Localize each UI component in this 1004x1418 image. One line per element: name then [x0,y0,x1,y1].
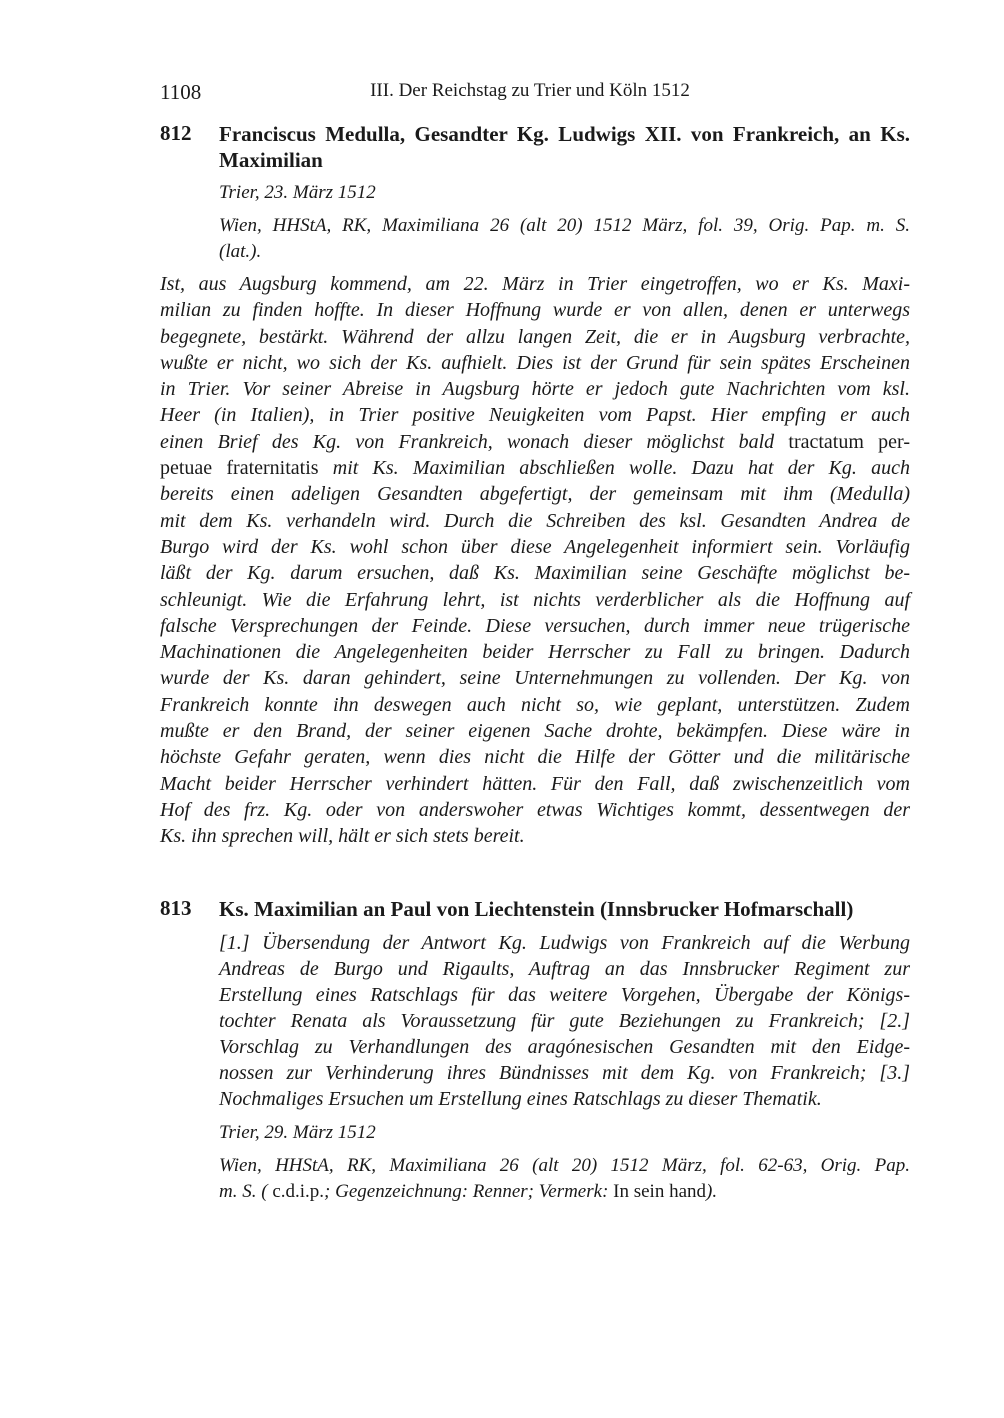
date-line: Trier, 29. März 1512 [219,1120,910,1146]
source-line: Wien, HHStA, RK, Maximiliana 26 (alt 20)… [219,1153,910,1179]
body-line: wußte er nicht, wo sich der Ks. aufhielt… [160,350,910,376]
body-line: falsche Versprechungen der Feinde. Diese… [160,613,910,639]
latin-quote: tractatum per- [788,431,910,453]
entry-title: Ks. Maximilian an Paul von Liechtenstein… [219,896,910,922]
entry-number: 813 [160,896,192,921]
source-line: (lat.). [219,239,910,265]
date-line: Trier, 23. März 1512 [219,180,910,206]
body-line: Burgo wird der Ks. wohl schon über diese… [160,534,910,560]
note-quote: In sein hand [613,1181,706,1202]
italic-text: mit Ks. Maximilian abschließen wolle. Da… [319,457,910,479]
title-line: Maximilian [219,147,910,173]
body-line: petuae fraternitatis mit Ks. Maximilian … [160,455,910,481]
body-line: höchste Gefahr geraten, wenn dies nicht … [160,744,910,770]
body-line: Machinationen die Angelegenheiten beider… [160,639,910,665]
entry-source: Wien, HHStA, RK, Maximiliana 26 (alt 20)… [219,213,910,265]
summary-line: nossen zur Verhinderung ihres Bündnisses… [219,1060,910,1086]
body-line: läßt der Kg. darum ersuchen, daß Ks. Max… [160,560,910,586]
source-line: m. S. ( c.d.i.p.; Gegenzeichnung: Renner… [219,1179,910,1205]
body-line: schleunigt. Wie die Erfahrung lehrt, ist… [160,587,910,613]
italic-text: ). [706,1181,717,1202]
body-line: Ist, aus Augsburg kommend, am 22. März i… [160,271,910,297]
summary-line: Andreas de Burgo und Rigaults, Auftrag a… [219,956,910,982]
body-line: Hof des frz. Kg. oder von anderswoher et… [160,797,910,823]
entry-summary: [1.] Übersendung der Antwort Kg. Ludwigs… [219,930,910,1112]
body-line: Ks. ihn sprechen will, hält er sich stet… [160,823,910,849]
latin-quote: petuae fraternitatis [160,457,319,479]
entry-date: Trier, 23. März 1512 [219,180,910,206]
summary-line: Nochmaliges Ersuchen um Erstellung eines… [219,1086,910,1112]
body-line: bereits einen adeligen Gesandten abgefer… [160,481,910,507]
title-line: Franciscus Medulla, Gesandter Kg. Ludwig… [219,121,910,147]
summary-line: Erstellung eines Ratschlags für das weit… [219,982,910,1008]
body-line: mit dem Ks. verhandeln wird. Durch die S… [160,508,910,534]
summary-line: tochter Renata als Voraussetzung für gut… [219,1008,910,1034]
entry-source: Wien, HHStA, RK, Maximiliana 26 (alt 20)… [219,1153,910,1205]
body-line: mußte er den Brand, der seiner eigenen S… [160,718,910,744]
body-line: einen Brief des Kg. von Frankreich, wona… [160,429,910,455]
body-line: Frankreich konnte ihn deswegen auch nich… [160,692,910,718]
italic-text: einen Brief des Kg. von Frankreich, wona… [160,431,788,453]
entry-title: Franciscus Medulla, Gesandter Kg. Ludwig… [219,121,910,173]
body-line: begegnete, bestärkt. Während der allzu l… [160,324,910,350]
body-line: wurde der Ks. daran gehindert, seine Unt… [160,665,910,691]
body-line: in Trier. Vor seiner Abreise in Augsburg… [160,376,910,402]
body-line: milian zu finden hoffte. In dieser Hoffn… [160,297,910,323]
summary-line: Vorschlag zu Verhandlungen des aragónesi… [219,1034,910,1060]
body-line: Heer (in Italien), in Trier positive Neu… [160,402,910,428]
running-title: III. Der Reichstag zu Trier und Köln 151… [0,80,1004,102]
entry-number: 812 [160,121,192,146]
entry-body: Ist, aus Augsburg kommend, am 22. März i… [160,271,910,850]
italic-text: m. S. ( [219,1181,272,1202]
entry-date: Trier, 29. März 1512 [219,1120,910,1146]
latin-abbrev: c.d.i.p. [272,1181,324,1202]
source-line: Wien, HHStA, RK, Maximiliana 26 (alt 20)… [219,213,910,239]
summary-line: [1.] Übersendung der Antwort Kg. Ludwigs… [219,930,910,956]
title-line: Ks. Maximilian an Paul von Liechtenstein… [219,896,910,922]
italic-text: ; Gegenzeichnung: Renner; Vermerk: [324,1181,613,1202]
body-line: Macht beider Herrscher verhindert hätten… [160,771,910,797]
